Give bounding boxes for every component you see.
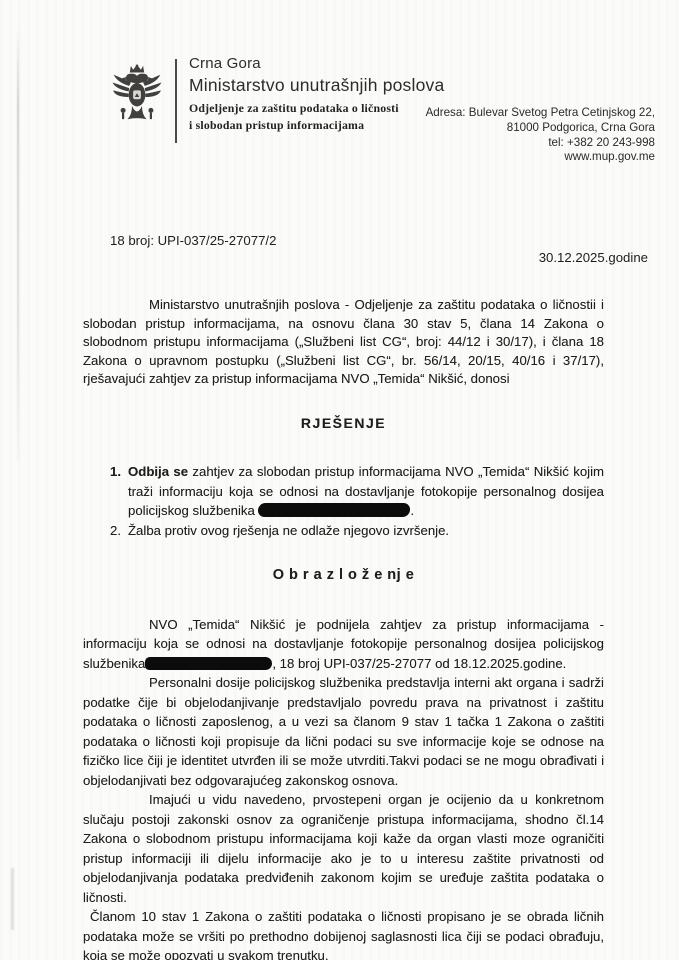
letterhead: Crna Gora Ministarstvo unutrašnjih poslo… xyxy=(112,55,444,143)
explanation-paragraph-4: Članom 10 stav 1 Zakona o zaštiti podata… xyxy=(83,907,604,960)
decision-item-2: 2. Žalba protiv ovog rješenja ne odlaže … xyxy=(83,521,604,541)
redaction-bar xyxy=(258,503,411,517)
intro-paragraph: Ministarstvo unutrašnjih poslova - Odjel… xyxy=(83,296,604,389)
org-department-line1: Odjeljenje za zaštitu podataka o ličnost… xyxy=(189,101,444,116)
scanned-document-page: Crna Gora Ministarstvo unutrašnjih poslo… xyxy=(0,0,679,960)
scan-artifact-left-streak xyxy=(17,26,19,462)
explanation-block: NVO „Temida“ Nikšić je podnijela zahtjev… xyxy=(83,615,604,960)
contact-block: Adresa: Bulevar Svetog Petra Cetinjskog … xyxy=(426,106,655,165)
item2-text: Žalba protiv ovog rješenja ne odlaže nje… xyxy=(128,523,449,538)
item1-text-end: . xyxy=(410,503,414,518)
decision-list: 1. Odbija se zahtjev za slobodan pristup… xyxy=(83,462,604,540)
case-reference-number: 18 broj: UPI-037/25-27077/2 xyxy=(110,233,276,248)
explanation-paragraph-1: NVO „Temida“ Nikšić je podnijela zahtjev… xyxy=(83,615,604,674)
website: www.mup.gov.me xyxy=(426,150,655,165)
letterhead-divider xyxy=(175,59,177,143)
phone: tel: +382 20 243-998 xyxy=(426,136,655,151)
address-line2: 81000 Podgorica, Crna Gora xyxy=(426,121,655,136)
document-body: Ministarstvo unutrašnjih poslova - Odjel… xyxy=(83,296,604,960)
explanation-paragraph-3: Imajući u vidu navedeno, prvostepeni org… xyxy=(83,790,604,907)
redaction-bar xyxy=(145,657,272,670)
scan-artifact-bottom-streak xyxy=(11,868,14,930)
address-line1: Adresa: Bulevar Svetog Petra Cetinjskog … xyxy=(426,106,655,121)
p1-text-end: , 18 broj UPI-037/25-27077 od 18.12.2025… xyxy=(272,656,566,671)
item1-lead-bold: Odbija se xyxy=(128,464,188,479)
decision-item-1: 1. Odbija se zahtjev za slobodan pristup… xyxy=(83,462,604,521)
explanation-heading: O b r a z l o ž e nj e xyxy=(83,566,604,586)
org-ministry: Ministarstvo unutrašnjih poslova xyxy=(189,75,444,96)
item-number: 2. xyxy=(110,521,121,541)
document-date: 30.12.2025.godine xyxy=(539,250,648,265)
decision-heading: RJEŠENJE xyxy=(83,414,604,434)
organization-block: Crna Gora Ministarstvo unutrašnjih poslo… xyxy=(189,55,444,143)
org-country: Crna Gora xyxy=(189,55,444,72)
org-department-line2: i slobodan pristup informacijama xyxy=(189,118,444,133)
montenegro-coat-of-arms-icon xyxy=(112,57,162,143)
explanation-paragraph-2: Personalni dosije policijskog službenika… xyxy=(83,673,604,790)
item-number: 1. xyxy=(110,462,121,482)
